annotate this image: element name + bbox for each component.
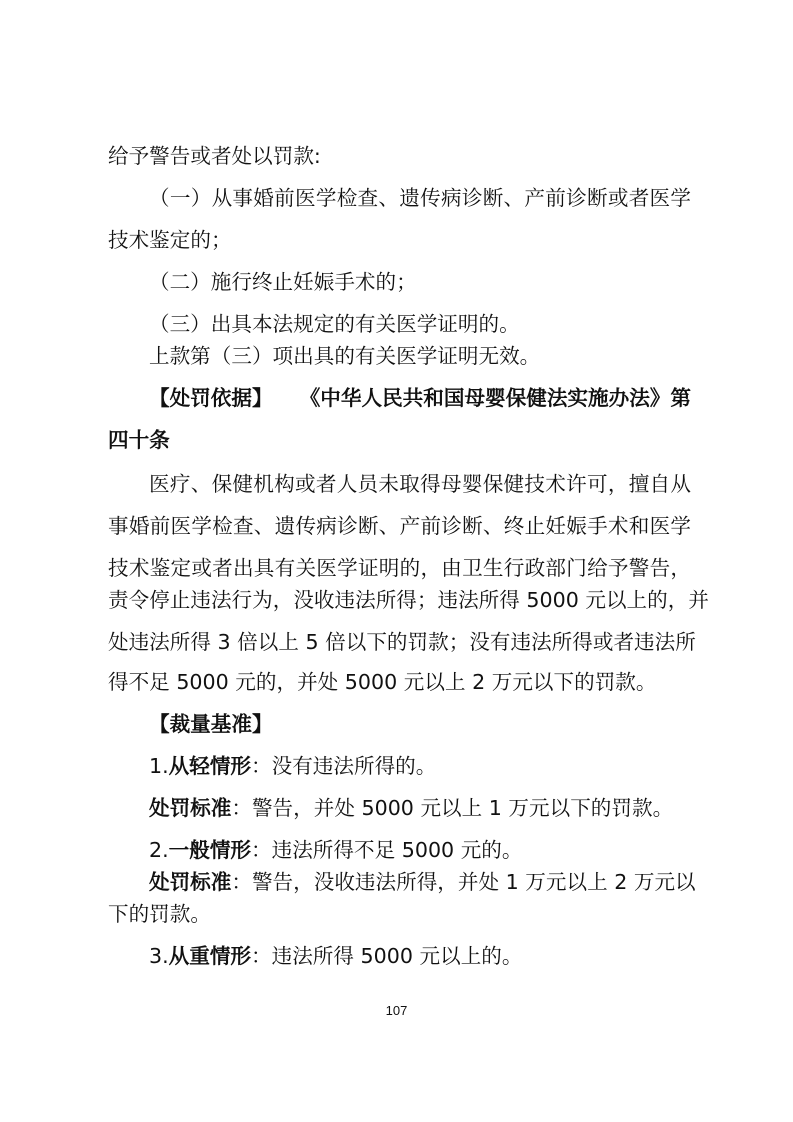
text-line: （二）施行终止妊娠手术的；	[149, 269, 691, 295]
standard-label: 处罚标准	[149, 796, 231, 820]
item-number: 3.	[149, 944, 169, 968]
discretion-standard-heading: 【裁量基准】	[149, 711, 691, 737]
item-number: 1.	[149, 754, 169, 778]
text-line: 给予警告或者处以罚款:	[108, 143, 691, 169]
criteria-label: 一般情形	[169, 838, 251, 862]
item-number: 2.	[149, 838, 169, 862]
text-line: 医疗、保健机构或者人员未取得母婴保健技术许可，擅自从	[149, 471, 691, 497]
text-line: 事婚前医学检查、遗传病诊断、产前诊断、终止妊娠手术和医学	[108, 513, 691, 539]
penalty-basis-heading: 【处罚依据】 《中华人民共和国母婴保健法实施办法》第	[149, 385, 691, 411]
criteria-label: 从重情形	[169, 944, 251, 968]
criteria-item-severe: 3.从重情形：违法所得 5000 元以上的。	[149, 943, 691, 969]
document-page: 给予警告或者处以罚款: （一）从事婚前医学检查、遗传病诊断、产前诊断或者医学 技…	[0, 0, 793, 1122]
criteria-item-lenient: 1.从轻情形：没有违法所得的。	[149, 753, 691, 779]
text-line: 技术鉴定的；	[108, 227, 691, 253]
text-line: 下的罚款。	[108, 901, 691, 927]
standard-text: ：警告，没收违法所得，并处 1 万元以上 2 万元以	[231, 870, 695, 894]
criteria-text: ：违法所得不足 5000 元的。	[251, 838, 522, 862]
criteria-text: ：没有违法所得的。	[251, 754, 436, 778]
text-line: 处违法所得 3 倍以上 5 倍以下的罚款；没有违法所得或者违法所	[108, 629, 691, 655]
criteria-item-general: 2.一般情形：违法所得不足 5000 元的。	[149, 837, 691, 863]
standard-text: ：警告，并处 5000 元以上 1 万元以下的罚款。	[231, 796, 673, 820]
criteria-label: 从轻情形	[169, 754, 251, 778]
law-reference: 《中华人民共和国母婴保健法实施办法》第	[300, 385, 691, 411]
text-line: 技术鉴定或者出具有关医学证明的，由卫生行政部门给予警告，	[108, 555, 691, 581]
text-line: 得不足 5000 元的，并处 5000 元以上 2 万元以下的罚款。	[108, 669, 691, 695]
article-number: 四十条	[108, 427, 691, 453]
page-number: 107	[0, 1003, 793, 1018]
penalty-standard-lenient: 处罚标准：警告，并处 5000 元以上 1 万元以下的罚款。	[149, 795, 691, 821]
section-label: 【处罚依据】	[149, 385, 273, 411]
text-line: 责令停止违法行为，没收违法所得；违法所得 5000 元以上的，并	[108, 587, 691, 613]
text-line: （一）从事婚前医学检查、遗传病诊断、产前诊断或者医学	[149, 185, 691, 211]
criteria-text: ：违法所得 5000 元以上的。	[251, 944, 522, 968]
text-line: 上款第（三）项出具的有关医学证明无效。	[149, 343, 691, 369]
penalty-standard-general: 处罚标准：警告，没收违法所得，并处 1 万元以上 2 万元以	[149, 869, 691, 895]
standard-label: 处罚标准	[149, 870, 231, 894]
text-line: （三）出具本法规定的有关医学证明的。	[149, 311, 691, 337]
